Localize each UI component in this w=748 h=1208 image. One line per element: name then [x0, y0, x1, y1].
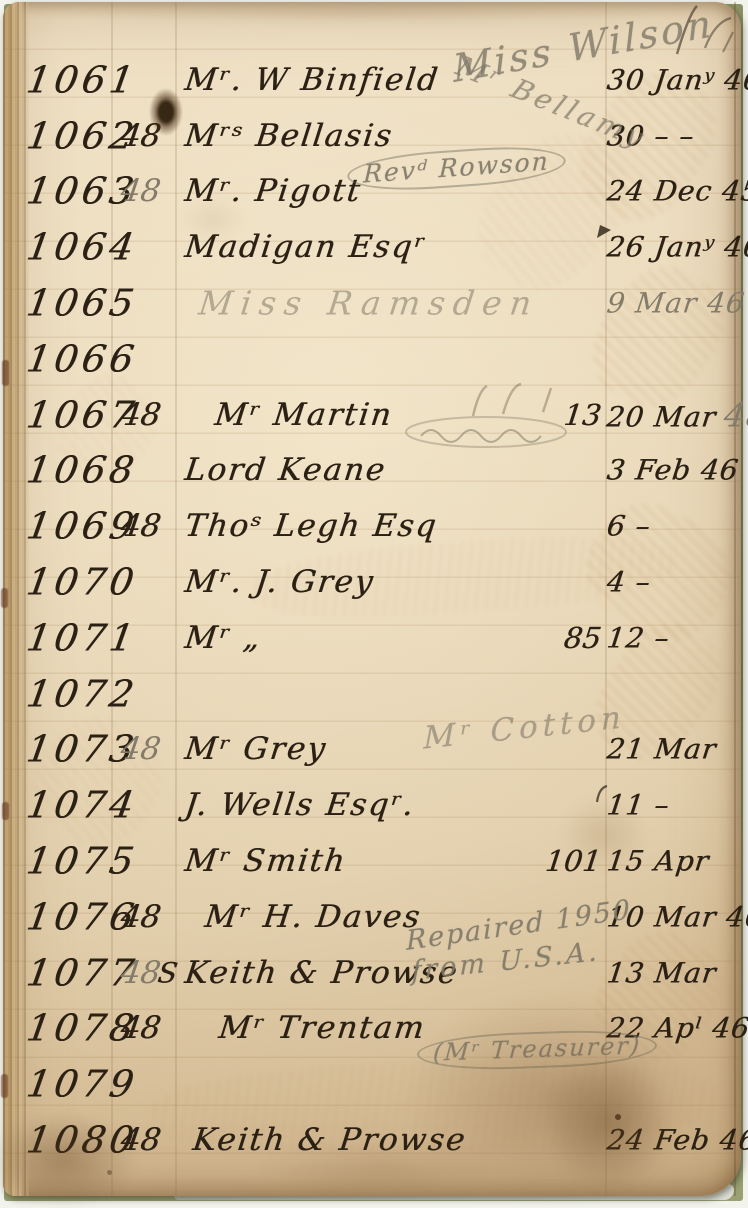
- stain: [543, 1052, 673, 1192]
- batch-number: 48: [118, 173, 163, 209]
- entry-date: 12 –: [605, 621, 672, 654]
- entry-number: 1075: [24, 840, 141, 883]
- entry-date-text: 21 Mar: [605, 733, 718, 766]
- ledger-row: 1072: [3, 666, 741, 722]
- ledger-row: 1061Mʳ. W Binfield30 Janʸ 46: [3, 52, 741, 108]
- entry-date: 26 Janʸ 46: [605, 231, 748, 264]
- entry-date-text: 4 –: [605, 566, 653, 599]
- entry-name: Mʳ Trentam: [217, 1010, 428, 1046]
- entry-number: 1064: [24, 226, 141, 269]
- batch-number: 48: [118, 1010, 163, 1046]
- ledger-row: 1068Lord Keane3 Feb 46: [3, 443, 741, 499]
- entry-name: Mʳ Grey: [183, 731, 329, 767]
- entry-name: Mʳ. W Binfield: [183, 62, 442, 98]
- stain: [558, 797, 648, 872]
- entry-name: Mʳˢ Bellasis: [183, 118, 395, 154]
- quantity: 85: [533, 621, 603, 655]
- entry-date: 21 Mar: [605, 733, 718, 766]
- entry-date-text: 24 Dec 45: [605, 175, 748, 208]
- entry-date-text: 6 –: [605, 510, 653, 543]
- entry-name: J. Wells Esqʳ.: [183, 787, 417, 823]
- batch-letter: S: [156, 956, 180, 989]
- ledger-row: 1066: [3, 331, 741, 387]
- entry-date-text: 13 Mar: [605, 956, 718, 989]
- entry-name: Thoˢ Legh Esq: [183, 508, 440, 544]
- entry-date: 4 –: [605, 566, 653, 599]
- entry-number: 1068: [24, 449, 141, 492]
- entry-date: 24 Dec 45: [605, 175, 748, 208]
- ledger-row: 107348Mʳ Grey21 Mar: [3, 722, 741, 778]
- entry-number: 1070: [24, 561, 141, 604]
- entry-name: Miss Ramsden: [197, 284, 542, 323]
- entry-name: Mʳ. J. Grey: [183, 564, 377, 600]
- entry-date-text: 3 Feb 46: [605, 454, 741, 487]
- ledger-row: 107748SKeith & Prowse13 Mar: [3, 945, 741, 1001]
- entry-number: 1061: [24, 58, 141, 101]
- stain: [258, 1142, 508, 1197]
- entry-date: 20 Mar48: [605, 395, 748, 434]
- ledger-row: 106748Mʳ Martin1320 Mar48: [3, 387, 741, 443]
- batch-number: 48: [118, 899, 163, 935]
- ledger-rows: 1061Mʳ. W Binfield30 Janʸ 46106248Mʳˢ Be…: [3, 52, 741, 1168]
- entry-date-text: 20 Mar: [605, 400, 718, 433]
- entry-number: 1072: [24, 672, 141, 715]
- batch-number: 48: [118, 508, 163, 544]
- ink-blot: [149, 88, 183, 136]
- entry-date: 30 Janʸ 46: [605, 63, 748, 96]
- entry-number: 1074: [24, 784, 141, 827]
- entry-date: 9 Mar 46: [605, 287, 747, 320]
- stain: [63, 4, 663, 24]
- ledger-page: 1061Mʳ. W Binfield30 Janʸ 46106248Mʳˢ Be…: [3, 2, 741, 1196]
- entry-date-text: 12 –: [605, 621, 672, 654]
- entry-name: Mʳ „: [183, 620, 264, 656]
- entry-name: Mʳ Smith: [183, 843, 349, 879]
- ledger-row: 1070Mʳ. J. Grey4 –: [3, 554, 741, 610]
- entry-date-text: 9 Mar 46: [605, 287, 747, 320]
- entry-number: 1071: [24, 616, 141, 659]
- scanned-ledger-photo: 1061Mʳ. W Binfield30 Janʸ 46106248Mʳˢ Be…: [0, 0, 748, 1208]
- quantity: 13: [533, 398, 603, 432]
- entry-number: 1065: [24, 282, 141, 325]
- entry-number: 1066: [24, 337, 141, 380]
- entry-name: Mʳ H. Daves: [203, 899, 424, 935]
- entry-name: Lord Keane: [183, 452, 389, 488]
- entry-name: Mʳ Martin: [213, 397, 395, 433]
- entry-number: 1079: [24, 1063, 141, 1106]
- stain: [178, 197, 248, 242]
- ledger-row: 106948Thoˢ Legh Esq6 –: [3, 498, 741, 554]
- entry-date-text: 30 Janʸ 46: [605, 63, 748, 96]
- ledger-row: 1071Mʳ „8512 –: [3, 610, 741, 666]
- entry-date: 3 Feb 46: [605, 454, 741, 487]
- batch-number: 48: [118, 397, 163, 433]
- entry-date-text: 26 Janʸ 46: [605, 231, 748, 264]
- entry-date: 6 –: [605, 510, 653, 543]
- batch-number: 48: [118, 731, 163, 767]
- entry-date-pencil-suffix: 48: [722, 395, 748, 434]
- ledger-row: 1064Madigan Esqʳ26 Janʸ 46: [3, 219, 741, 275]
- ledger-row: 1065Miss Ramsden9 Mar 46: [3, 275, 741, 331]
- entry-date: 13 Mar: [605, 956, 718, 989]
